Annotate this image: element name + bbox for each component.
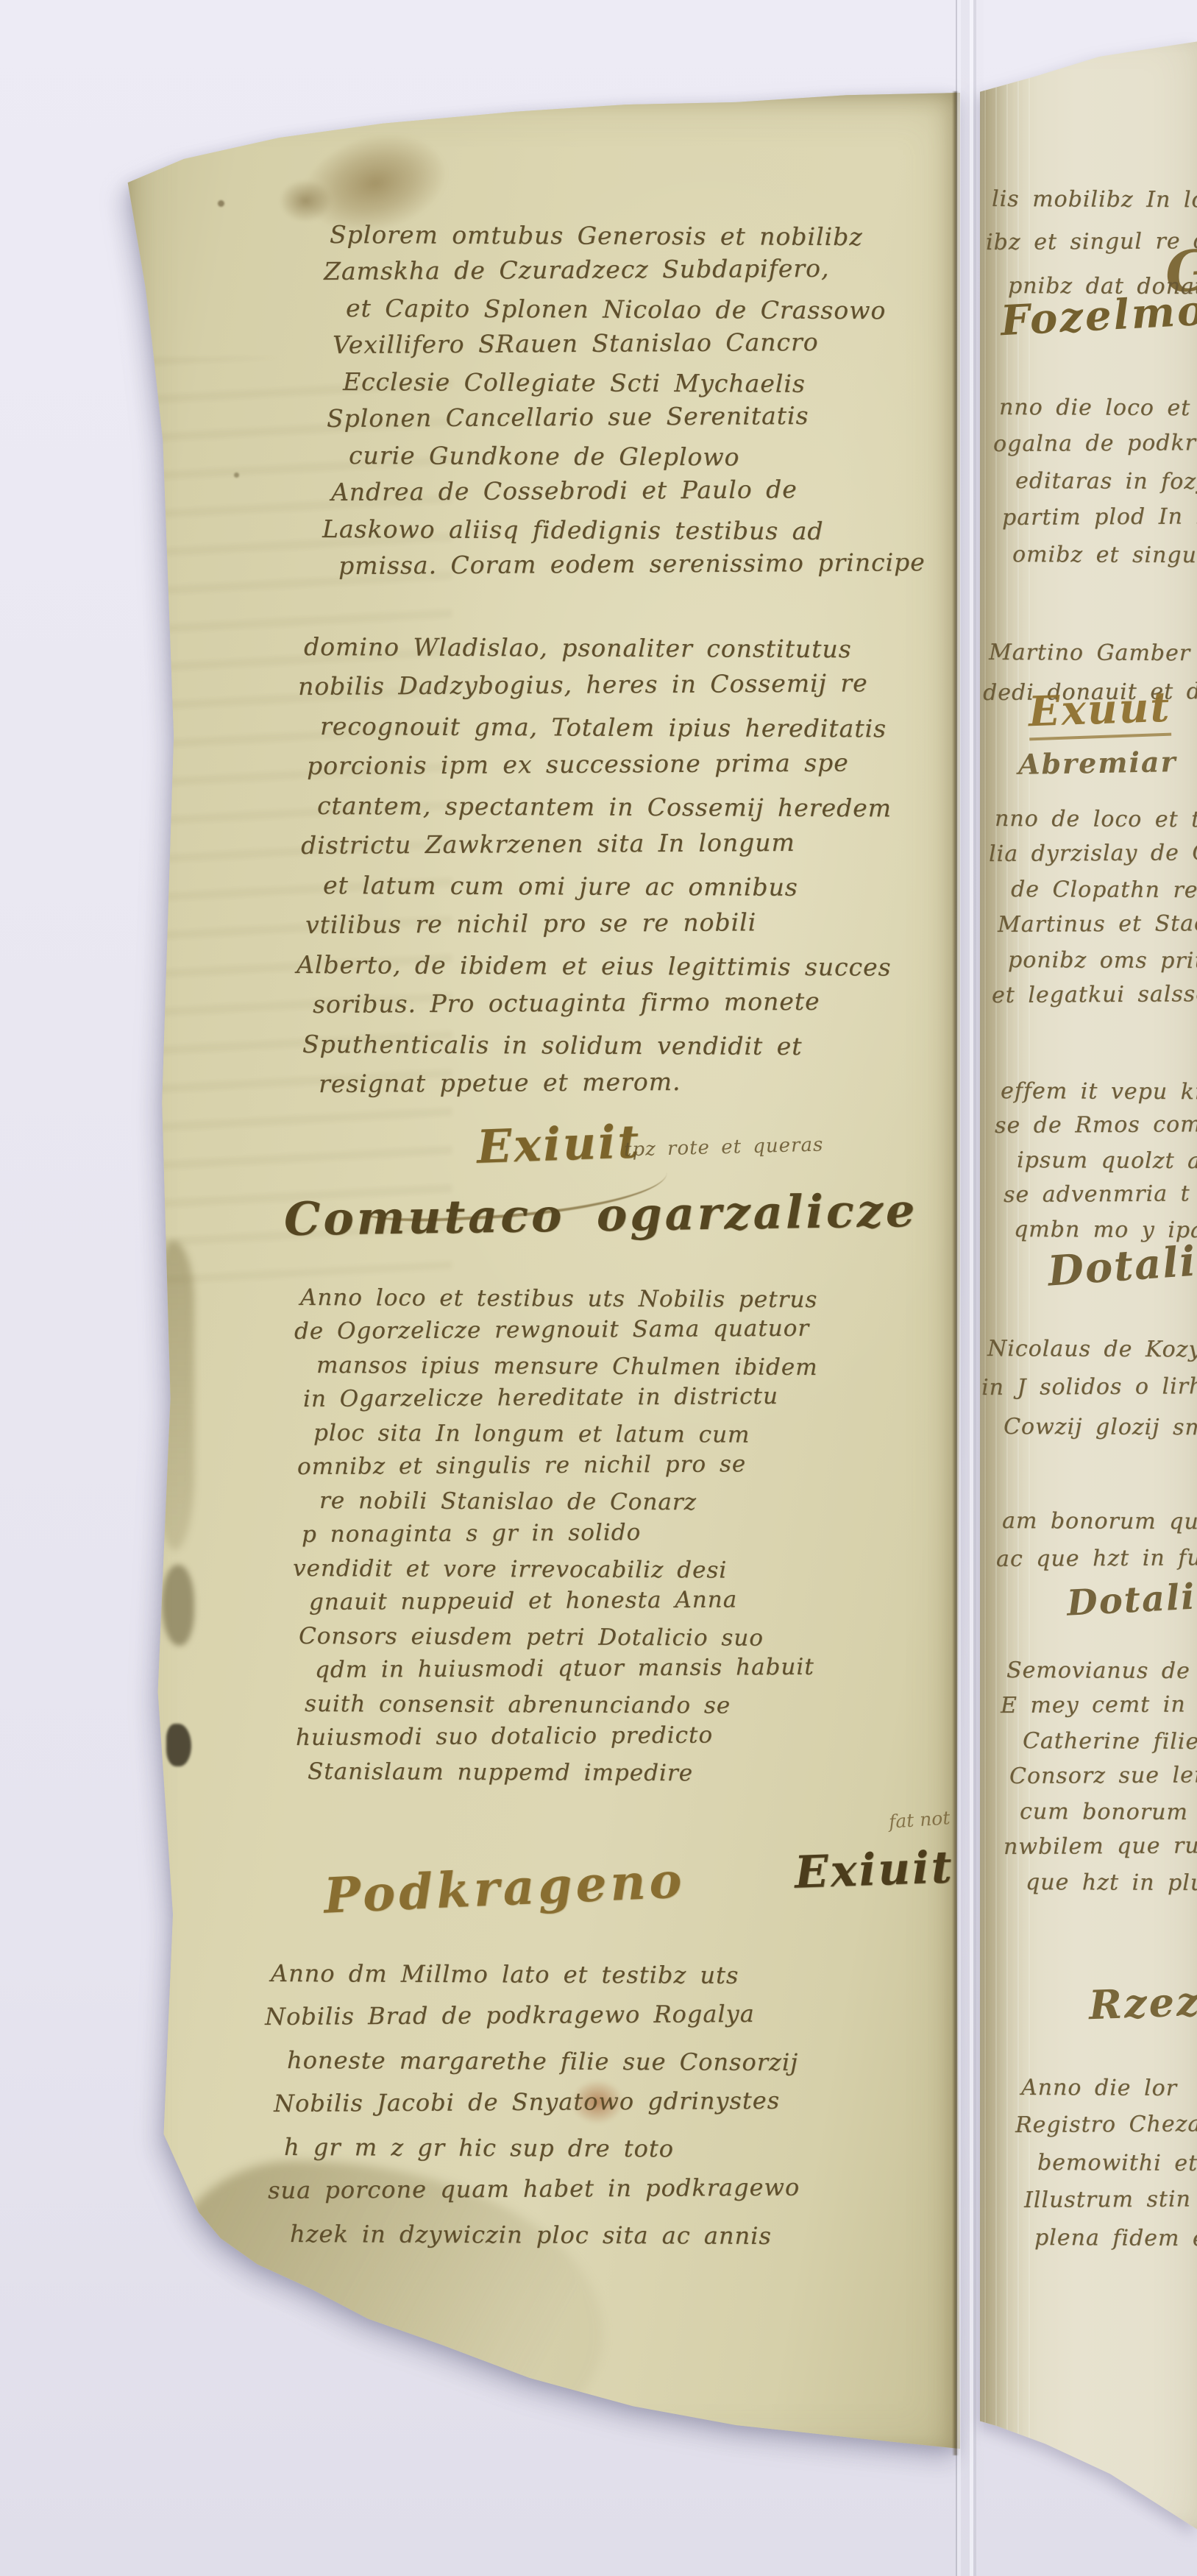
manuscript-line: in Ogarzelicze hereditate in districtu [303,1379,818,1416]
manuscript-line: et latum cum omi jure ac omnibus [323,866,892,907]
manuscript-line: plena fidem ezc [1034,2219,1197,2257]
manuscript-line: porcionis ipm ex successione prima spe [307,743,892,786]
marginal-note-fat-not: fat not [888,1807,951,1833]
manuscript-line: nobilis Dadzybogius, heres in Cossemij r… [298,663,892,707]
subheading-abremiar: Abremiar [1018,745,1177,781]
manuscript-line: vtilibus re nichil pro se re nobili [305,902,892,945]
manuscript-line: Anno dm Millmo lato et testibz uts [271,1952,800,1998]
manuscript-line: am bonorum que [1002,1502,1197,1541]
edge-stain [156,1241,194,1550]
edge-stain [162,1565,194,1646]
right-entry-block: nno de loco et testibuslia dyrzislay de … [995,802,1197,1013]
heading-rzezow: Rzezow [1088,1975,1197,2028]
heading-exuut: Exuut [1028,683,1172,741]
manuscript-line: huiusmodi suo dotalicio predicto [296,1718,818,1755]
right-page: G lis mobilibz In longumibz et singul re… [980,26,1197,2539]
right-entry-block: Semovianus de llE mey cemt in tCatherine… [1006,1653,1197,1900]
manuscript-line: Alberto, de ibidem et eius legittimis su… [296,945,892,988]
manuscript-line: ibz et singul re dedi [986,219,1197,264]
ink-fleck [218,200,224,207]
manuscript-line: p nonaginta s gr in solido [302,1515,818,1551]
manuscript-line: E mey cemt in t [1001,1687,1197,1724]
right-entry-block: Anno die lorRegistro Chezanbemowithi et … [1021,2069,1197,2257]
manuscript-line: Splonen Cancellario sue Serenitatis [327,397,926,437]
manuscript-line: nwbilem que ruol [1004,1828,1197,1865]
manuscript-line: de Ogorzelicze rewgnouit Sama quatuor [294,1312,818,1348]
manuscript-line: omnibz et singulis re nichil pro se [297,1447,818,1484]
manuscript-line: pmissa. Coram eodem serenissimo principe [338,544,926,584]
manuscript-line: districtu Zawkrzenen sita In longum [301,822,892,866]
manuscript-line: resignat ppetue et merom. [319,1061,892,1104]
manuscript-line: Stanislaum nuppemd impedire [308,1755,818,1791]
heading-fozelmo: Fozelmo [999,286,1197,346]
manuscript-line: lis mobilibz In longum [992,177,1197,222]
heading-exiuit: Exiuit [476,1114,642,1174]
manuscript-line: honeste margarethe filie sue Consorzij [287,2039,800,2084]
manuscript-line: nno die loco et testibus [999,389,1197,428]
manuscript-line: ctantem, spectantem in Cossemij heredem [317,786,892,828]
right-page-parchment: G lis mobilibz In longumibz et singul re… [980,26,1197,2539]
manuscript-line: sua porcone quam habet in podkragewo [268,2166,800,2212]
manuscript-line: Cowzij glozij sm [1004,1407,1197,1447]
manuscript-line: ogalna de podkragewo [993,424,1197,463]
manuscript-line: recognouit gma, Totalem ipius hereditati… [320,707,892,749]
manuscript-line: soribus. Pro octuaginta firmo monete [313,981,892,1025]
manuscript-line: effem it vepu kr [1001,1074,1197,1110]
right-entry-block: Nicolaus de Kozythinin J solidos o lirhm… [987,1329,1197,1446]
right-entry-block: am bonorum queac que hzt in fun [1002,1502,1197,1579]
manuscript-line: Anno die lor [1021,2069,1197,2107]
manuscript-line: Sputhenticalis in solidum vendidit et [302,1025,892,1066]
manuscript-line: Zamskha de Czuradzecz Subdapifero, [324,250,926,290]
manuscript-line: Nobilis Brad de podkragewo Rogalya [265,1992,800,2039]
manuscript-line: hzek in dzywiczin ploc sita ac annis [290,2212,800,2258]
manuscript-line: Catherine filie M [1023,1724,1197,1760]
manuscript-line: omibz et singul re inb [1012,537,1197,575]
manuscript-line: Martinus et Stachozy [998,906,1197,943]
manuscript-line: Registro Chezan [1015,2105,1197,2144]
manuscript-line: nno de loco et testibus [995,802,1197,838]
entry-1-block-a: Splorem omtubus Generosis et nobilibzZam… [330,216,926,584]
heading-comutaco-ogarzalicze: Comutaco ogarzalicze [284,1183,918,1246]
manuscript-line: gnauit nuppeuid et honesta Anna [309,1582,818,1619]
manuscript-line: Consorz sue leme [1009,1758,1197,1794]
manuscript-line: Nicolaus de Kozythin [987,1329,1197,1370]
manuscript-line: que hzt in plurim [1026,1865,1197,1901]
manuscript-line: ponibz oms prius [1008,943,1197,980]
marginal-note-queras: tpz rote et queras [624,1133,824,1161]
manuscript-line: Semovianus de ll [1006,1653,1197,1689]
entry-1-block-b: domino Wladislao, psonaliter constitutus… [304,627,892,1104]
heading-podkrageno: Podkrageno [323,1851,686,1924]
ink-fleck [234,473,239,478]
entry-3-block: Anno dm Millmo lato et testibz utsNobili… [271,1952,800,2256]
manuscript-line: h gr m z gr hic sup dre toto [284,2126,800,2171]
manuscript-line: ac que hzt in fun [996,1539,1197,1579]
ink-stain-top-satellite [280,180,331,222]
manuscript-line: de Clopathn rewgnow [1011,872,1197,909]
manuscript-line: bemowithi et vola [1037,2144,1197,2182]
manuscript-line: Martino Gamber filias [989,632,1197,674]
right-entry-block: effem it vepu krse de Rmos coms kipsum q… [1001,1074,1197,1247]
manuscript-line: et legatkui salssow [992,977,1197,1013]
heading-dotalicia: Dotalicia [1066,1573,1197,1624]
manuscript-scan: Splorem omtubus Generosis et nobilibzZam… [0,0,1197,2576]
manuscript-line: cum bonorum h [1020,1794,1197,1830]
manuscript-line: ipsum quolzt ac neui [1017,1143,1197,1179]
manuscript-line: Illustrum stin [1024,2180,1197,2219]
manuscript-line: qdm in huiusmodi qtuor mansis habuit [315,1650,818,1687]
manuscript-line: Vexillifero SRauen Stanislao Cancro [333,323,926,364]
manuscript-line: Andrea de Cossebrodi et Paulo de [331,470,926,511]
heading-podkrageno-exiuit: Exiuit [794,1841,955,1899]
entry-2-block: Anno loco et testibus uts Nobilis petrus… [300,1281,818,1788]
glass-clamp-strip [956,0,984,2576]
manuscript-line: editaras in fozylmo et [1015,463,1197,501]
left-page: Splorem omtubus Generosis et nobilibzZam… [124,93,960,2458]
left-page-parchment: Splorem omtubus Generosis et nobilibzZam… [124,93,960,2458]
manuscript-line: se advenmria t amp [1004,1176,1197,1212]
manuscript-line: in J solidos o lirhm [981,1367,1197,1407]
right-entry-block: nno die loco et testibusogalna de podkra… [999,389,1197,573]
manuscript-line: lia dyrzislay de Ozar [989,835,1197,872]
manuscript-line: se de Rmos coms k [995,1107,1197,1143]
manuscript-line: partim plod In longitud [1002,498,1197,537]
edge-dark-spot [166,1724,191,1766]
manuscript-line: Nobilis Jacobi de Snyatowo gdrinystes [274,2079,800,2126]
